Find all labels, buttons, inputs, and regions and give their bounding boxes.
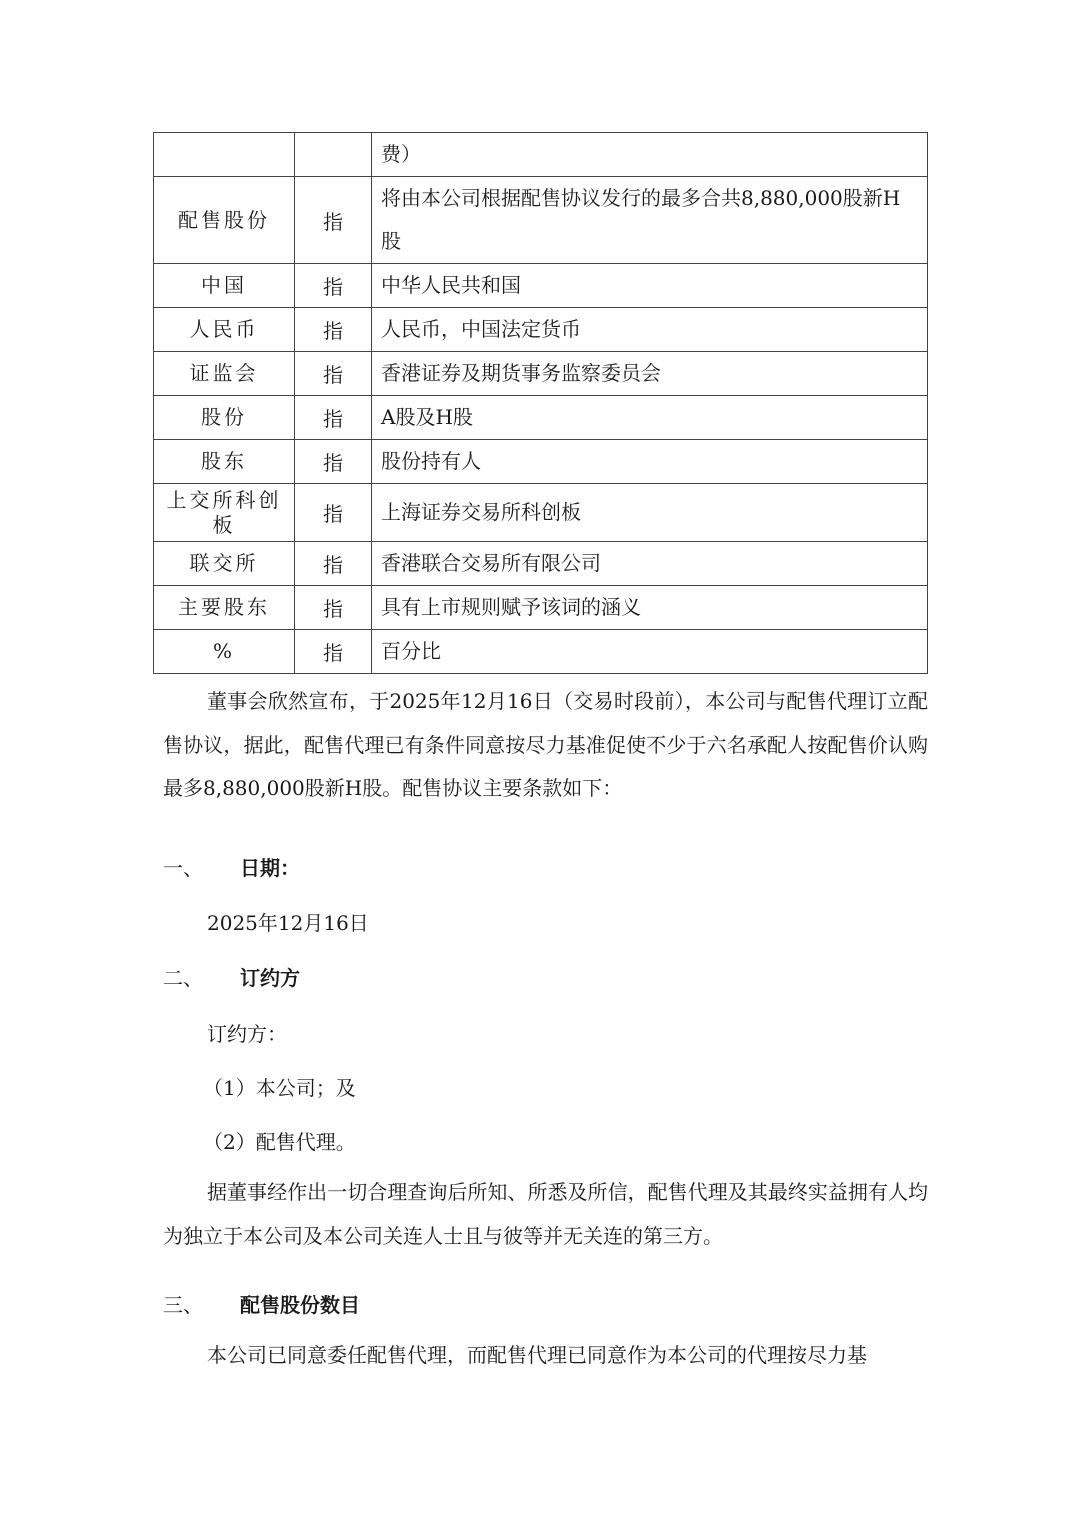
table-row: 配售股份 指 将由本公司根据配售协议发行的最多合共8,880,000股新H股 <box>154 177 928 264</box>
section-number: 三、 <box>163 1289 240 1318</box>
definition-cell: 香港证券及期货事务监察委员会 <box>372 352 928 396</box>
term-cell: 配售股份 <box>154 177 295 264</box>
ref-cell: 指 <box>295 352 372 396</box>
ref-cell: 指 <box>295 308 372 352</box>
term-cell: 联交所 <box>154 542 295 586</box>
section-title: 订约方 <box>240 966 300 990</box>
parties-label: 订约方： <box>207 1018 287 1047</box>
table-row: 证监会 指 香港证券及期货事务监察委员会 <box>154 352 928 396</box>
agreement-date: 2025年12月16日 <box>207 907 369 936</box>
party-item: （2）配售代理。 <box>203 1126 356 1155</box>
definition-cell: 香港联合交易所有限公司 <box>372 542 928 586</box>
ref-cell: 指 <box>295 440 372 484</box>
term-cell: 主要股东 <box>154 586 295 630</box>
ref-cell: 指 <box>295 630 372 674</box>
section-number: 二、 <box>163 962 240 991</box>
definition-cell: 费） <box>372 133 928 177</box>
term-cell: 上交所科创板 <box>154 484 295 542</box>
definitions-table: 费） 配售股份 指 将由本公司根据配售协议发行的最多合共8,880,000股新H… <box>153 132 928 674</box>
section-title: 日期： <box>240 856 300 880</box>
term-cell <box>154 133 295 177</box>
definition-cell: 股份持有人 <box>372 440 928 484</box>
ref-cell: 指 <box>295 264 372 308</box>
definition-cell: 中华人民共和国 <box>372 264 928 308</box>
ref-cell <box>295 133 372 177</box>
table-row: 人民币 指 人民币，中国法定货币 <box>154 308 928 352</box>
table-row: 股东 指 股份持有人 <box>154 440 928 484</box>
section-number: 一、 <box>163 852 240 881</box>
term-cell: % <box>154 630 295 674</box>
definition-cell: A股及H股 <box>372 396 928 440</box>
term-cell: 人民币 <box>154 308 295 352</box>
ref-cell: 指 <box>295 586 372 630</box>
intro-paragraph: 董事会欣然宣布，于2025年12月16日（交易时段前），本公司与配售代理订立配售… <box>163 680 928 811</box>
table-row: 联交所 指 香港联合交易所有限公司 <box>154 542 928 586</box>
definition-cell: 将由本公司根据配售协议发行的最多合共8,880,000股新H股 <box>372 177 928 264</box>
table-row: 股份 指 A股及H股 <box>154 396 928 440</box>
ref-cell: 指 <box>295 177 372 264</box>
term-cell: 股份 <box>154 396 295 440</box>
term-cell: 中国 <box>154 264 295 308</box>
section-heading-date: 一、日期： <box>163 852 300 881</box>
term-cell: 证监会 <box>154 352 295 396</box>
table-row: 上交所科创板 指 上海证券交易所科创板 <box>154 484 928 542</box>
definition-cell: 百分比 <box>372 630 928 674</box>
section-heading-share-count: 三、配售股份数目 <box>163 1289 360 1318</box>
section-title: 配售股份数目 <box>240 1293 360 1317</box>
definition-cell: 上海证券交易所科创板 <box>372 484 928 542</box>
section-heading-parties: 二、订约方 <box>163 962 300 991</box>
section3-paragraph: 本公司已同意委任配售代理，而配售代理已同意作为本公司的代理按尽力基 <box>163 1334 928 1378</box>
ref-cell: 指 <box>295 484 372 542</box>
term-cell: 股东 <box>154 440 295 484</box>
definition-cell: 具有上市规则赋予该词的涵义 <box>372 586 928 630</box>
ref-cell: 指 <box>295 542 372 586</box>
parties-paragraph: 据董事经作出一切合理查询后所知、所悉及所信，配售代理及其最终实益拥有人均为独立于… <box>163 1171 928 1258</box>
table-row: 费） <box>154 133 928 177</box>
table-row: 中国 指 中华人民共和国 <box>154 264 928 308</box>
party-item: （1）本公司；及 <box>203 1072 356 1101</box>
table-row: % 指 百分比 <box>154 630 928 674</box>
table-row: 主要股东 指 具有上市规则赋予该词的涵义 <box>154 586 928 630</box>
ref-cell: 指 <box>295 396 372 440</box>
definition-cell: 人民币，中国法定货币 <box>372 308 928 352</box>
